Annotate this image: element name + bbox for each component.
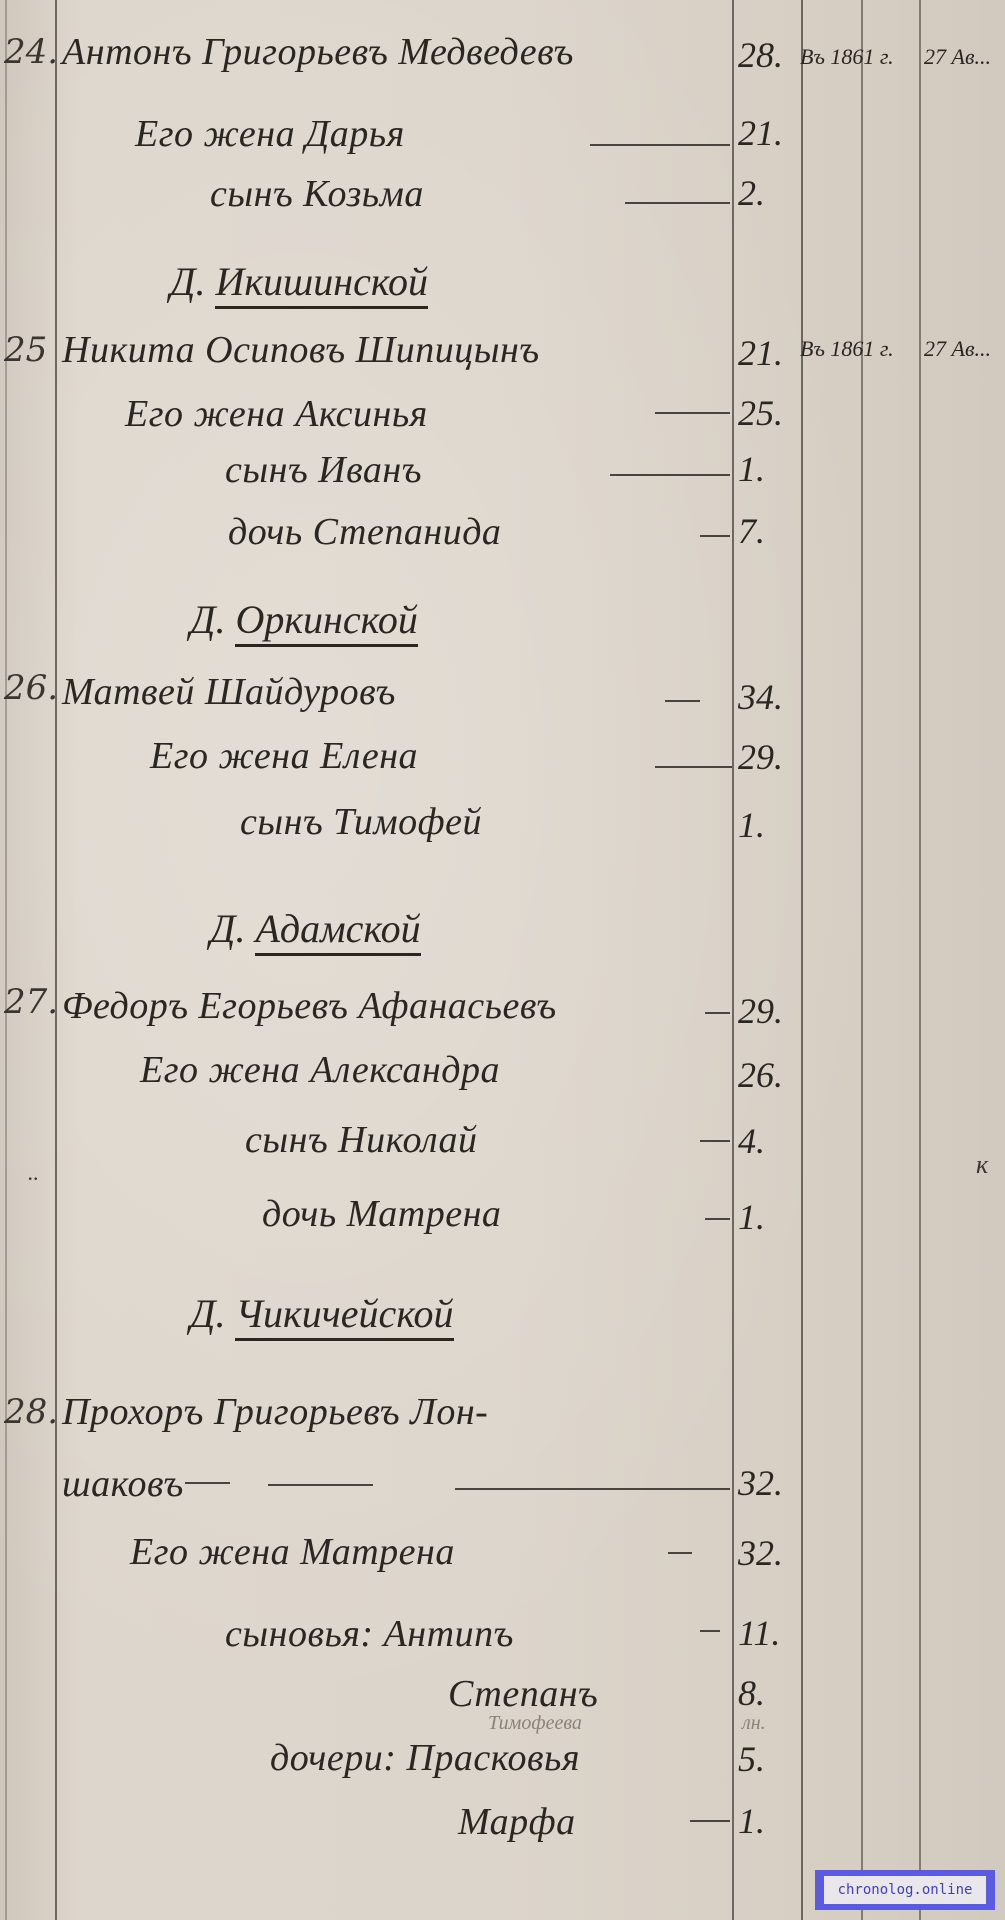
note-date: 27 Ав... (924, 336, 991, 362)
dash-leader (655, 766, 732, 768)
member-name: шаковъ (62, 1462, 184, 1506)
note-year: Въ 1861 г. (800, 44, 894, 70)
village-prefix: Д. (190, 597, 225, 642)
member-age: 1. (738, 448, 765, 490)
pencil-annotation: Тимофеева (488, 1712, 582, 1735)
village-heading: Д.Оркинской (190, 596, 418, 643)
note-date: 27 Ав... (924, 44, 991, 70)
rule-line-edge (5, 0, 7, 1920)
rule-line-col3 (801, 0, 803, 1920)
member-name: Степанъ (448, 1672, 598, 1716)
member-name: Антонъ Григорьевъ Медведевъ (62, 30, 574, 74)
member-age: 1. (738, 804, 765, 846)
dash-leader (185, 1482, 230, 1484)
dash-leader (690, 1820, 730, 1822)
dash-leader (700, 1630, 720, 1632)
right-margin-mark: к (976, 1150, 988, 1180)
note-year: Въ 1861 г. (800, 336, 894, 362)
village-heading: Д.Чикичейской (190, 1290, 454, 1337)
rule-line-margin (55, 0, 57, 1920)
village-name: Адамской (255, 906, 420, 956)
dash-leader (268, 1484, 373, 1486)
rule-line-age (732, 0, 734, 1920)
village-name: Оркинской (235, 597, 417, 647)
village-prefix: Д. (210, 906, 245, 951)
dash-leader (655, 412, 730, 414)
member-name: Прохоръ Григорьевъ Лон- (62, 1390, 488, 1434)
member-name: Его жена Елена (150, 734, 418, 778)
member-name: сынъ Николай (245, 1118, 478, 1162)
entry-number: 24. (4, 32, 58, 72)
member-age: 29. (738, 990, 783, 1032)
dash-leader (610, 474, 730, 476)
member-name: Никита Осиповъ Шипицынъ (62, 328, 540, 372)
member-age: 1. (738, 1196, 765, 1238)
village-name: Чикичейской (235, 1291, 453, 1341)
rule-line-col5 (919, 0, 921, 1920)
member-name: дочери: Прасковья (270, 1736, 580, 1780)
member-name: Матвей Шайдуровъ (62, 670, 396, 714)
dash-leader (700, 535, 730, 537)
member-age: 21. (738, 112, 783, 154)
member-name: Его жена Аксинья (125, 392, 428, 436)
rule-line-col4 (861, 0, 863, 1920)
entry-number: 25 (4, 330, 47, 370)
member-age: 5. (738, 1738, 765, 1780)
member-age: 34. (738, 676, 783, 718)
member-age: 7. (738, 510, 765, 552)
member-age: 21. (738, 332, 783, 374)
dash-leader (700, 1140, 730, 1142)
member-age: 29. (738, 736, 783, 778)
member-age: 1. (738, 1800, 765, 1842)
village-heading: Д.Икишинской (170, 258, 428, 305)
member-name: сынъ Козьма (210, 172, 424, 216)
member-age: 8. (738, 1672, 765, 1714)
watermark-text: chronolog.online (824, 1876, 986, 1904)
member-name: дочь Степанида (228, 510, 501, 554)
dash-leader (455, 1488, 730, 1490)
document-page: 24. Антонъ Григорьевъ Медведевъ 28. Въ 1… (0, 0, 1005, 1920)
left-margin-mark: .. (28, 1160, 39, 1186)
dash-leader (668, 1552, 692, 1554)
member-name: сыновья: Антипъ (225, 1612, 514, 1656)
member-name: сынъ Тимофей (240, 800, 482, 844)
dash-leader (590, 144, 730, 146)
member-age: 25. (738, 392, 783, 434)
member-name: Марфа (458, 1800, 576, 1844)
dash-leader (705, 1012, 730, 1014)
member-age: 4. (738, 1120, 765, 1162)
member-name: Его жена Александра (140, 1048, 500, 1092)
member-name: Его жена Матрена (130, 1530, 455, 1574)
entry-number: 26. (4, 668, 58, 708)
member-age: 28. (738, 34, 783, 76)
village-prefix: Д. (170, 259, 205, 304)
member-age: 11. (738, 1612, 780, 1654)
dash-leader (665, 700, 700, 702)
member-name: дочь Матрена (262, 1192, 501, 1236)
member-name: сынъ Иванъ (225, 448, 422, 492)
watermark-badge: chronolog.online (815, 1870, 995, 1910)
member-name: Его жена Дарья (135, 112, 405, 156)
village-prefix: Д. (190, 1291, 225, 1336)
entry-number: 28. (4, 1392, 58, 1432)
member-age: 32. (738, 1532, 783, 1574)
village-name: Икишинской (215, 259, 428, 309)
member-age: 26. (738, 1054, 783, 1096)
dash-leader (625, 202, 730, 204)
entry-number: 27. (4, 982, 58, 1022)
member-age: 32. (738, 1462, 783, 1504)
member-name: Федоръ Егорьевъ Афанасьевъ (62, 984, 557, 1028)
village-heading: Д.Адамской (210, 905, 421, 952)
dash-leader (705, 1218, 730, 1220)
pencil-annotation-age: лн. (742, 1712, 766, 1735)
member-age: 2. (738, 172, 765, 214)
